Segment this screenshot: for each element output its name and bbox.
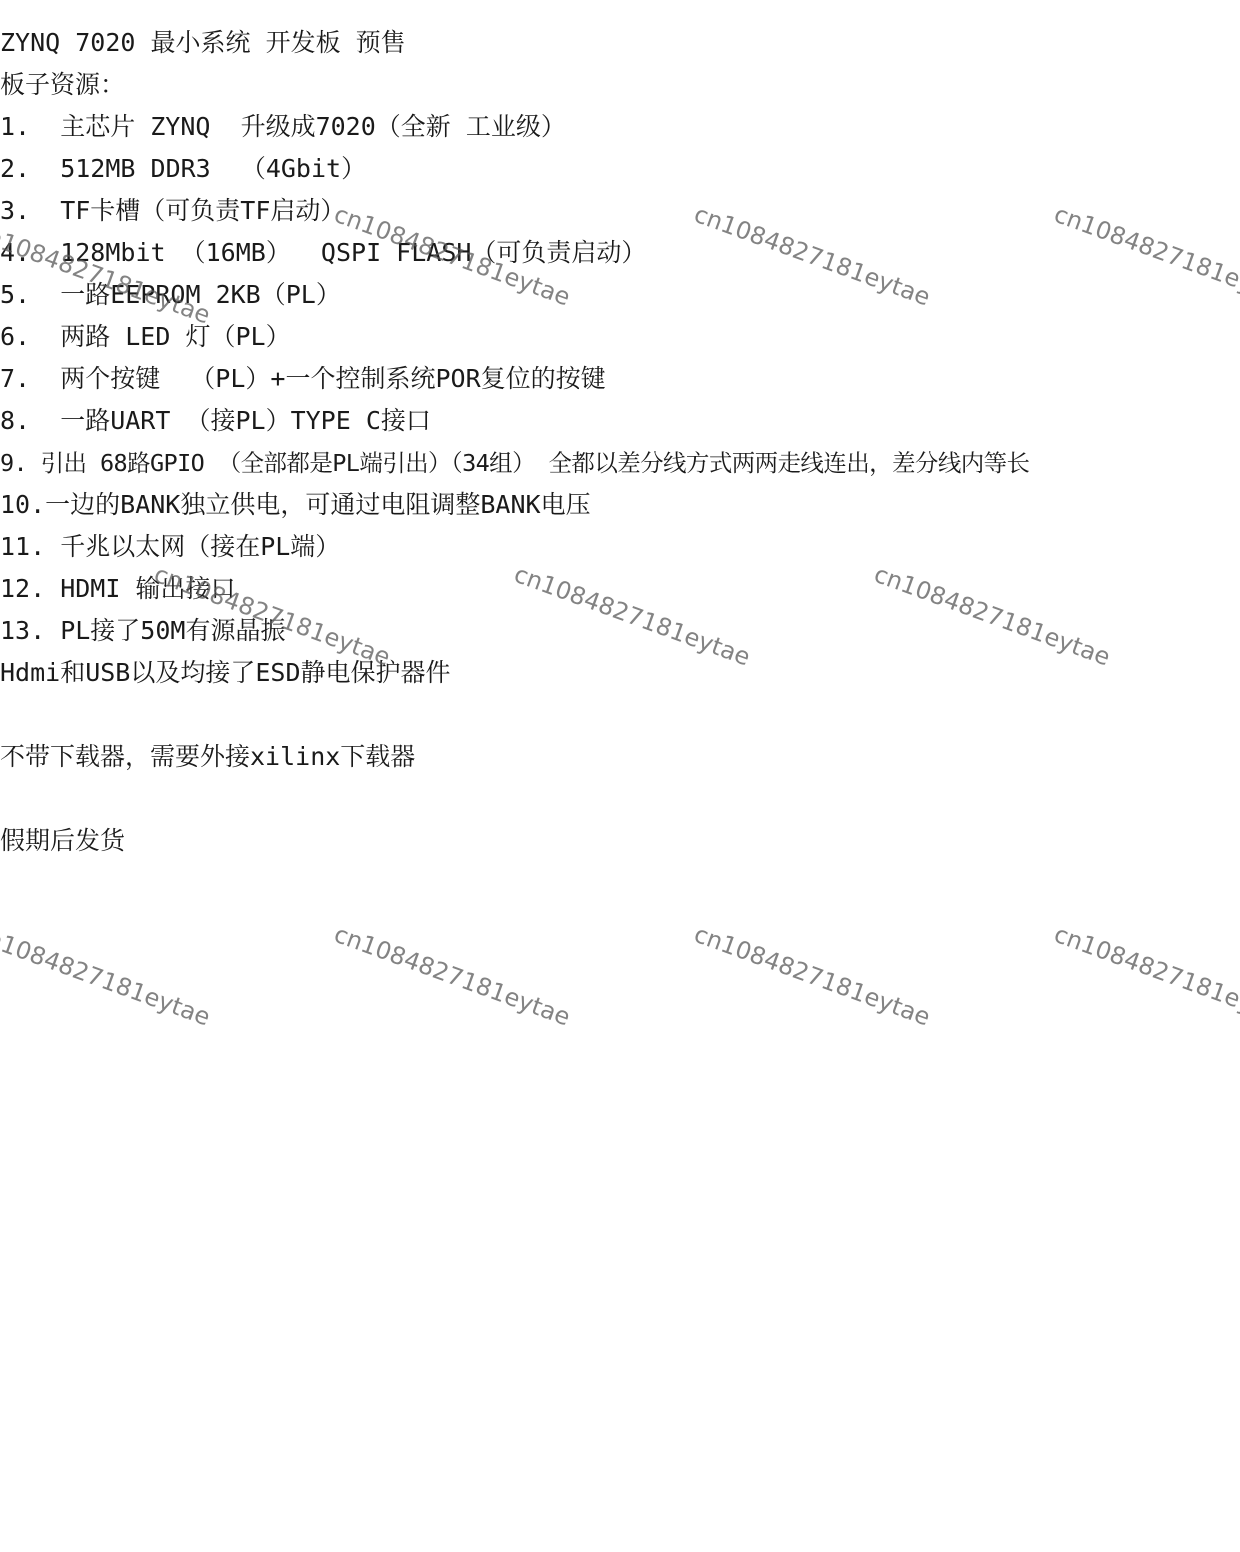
watermark: cn1084827181eytae (1050, 920, 1240, 1031)
spacer (0, 694, 1029, 736)
spec-item-2: 2. 512MB DDR3 （4Gbit） (0, 148, 1029, 190)
shipping-note: 假期后发货 (0, 820, 1029, 862)
watermark: cn1084827181eytae (0, 920, 214, 1031)
spec-item-10: 10.一边的BANK独立供电，可通过电阻调整BANK电压 (0, 484, 1029, 526)
spec-item-11: 11. 千兆以太网（接在PL端） (0, 526, 1029, 568)
spec-item-5: 5. 一路EEPROM 2KB（PL） (0, 274, 1029, 316)
document-title: ZYNQ 7020 最小系统 开发板 预售 (0, 22, 1029, 64)
section-label: 板子资源： (0, 64, 1029, 106)
downloader-note: 不带下载器，需要外接xilinx下载器 (0, 736, 1029, 778)
spacer (0, 778, 1029, 820)
esd-note: Hdmi和USB以及均接了ESD静电保护器件 (0, 652, 1029, 694)
spec-item-12: 12. HDMI 输出接口 (0, 568, 1029, 610)
spec-item-3: 3. TF卡槽（可负责TF启动） (0, 190, 1029, 232)
spec-item-6: 6. 两路 LED 灯（PL） (0, 316, 1029, 358)
spec-item-9: 9. 引出 68路GPIO （全部都是PL端引出）（34组） 全都以差分线方式两… (0, 442, 1029, 484)
spec-item-1: 1. 主芯片 ZYNQ 升级成7020（全新 工业级） (0, 106, 1029, 148)
spec-item-7: 7. 两个按键 （PL）+一个控制系统POR复位的按键 (0, 358, 1029, 400)
watermark: cn1084827181eytae (330, 920, 574, 1031)
spec-item-4: 4. 128Mbit （16MB） QSPI FLASH（可负责启动） (0, 232, 1029, 274)
watermark: cn1084827181eytae (1050, 200, 1240, 311)
spec-item-13: 13. PL接了50M有源晶振 (0, 610, 1029, 652)
spec-item-8: 8. 一路UART （接PL）TYPE C接口 (0, 400, 1029, 442)
watermark: cn1084827181eytae (690, 920, 934, 1031)
product-description: ZYNQ 7020 最小系统 开发板 预售 板子资源： 1. 主芯片 ZYNQ … (0, 22, 1029, 862)
